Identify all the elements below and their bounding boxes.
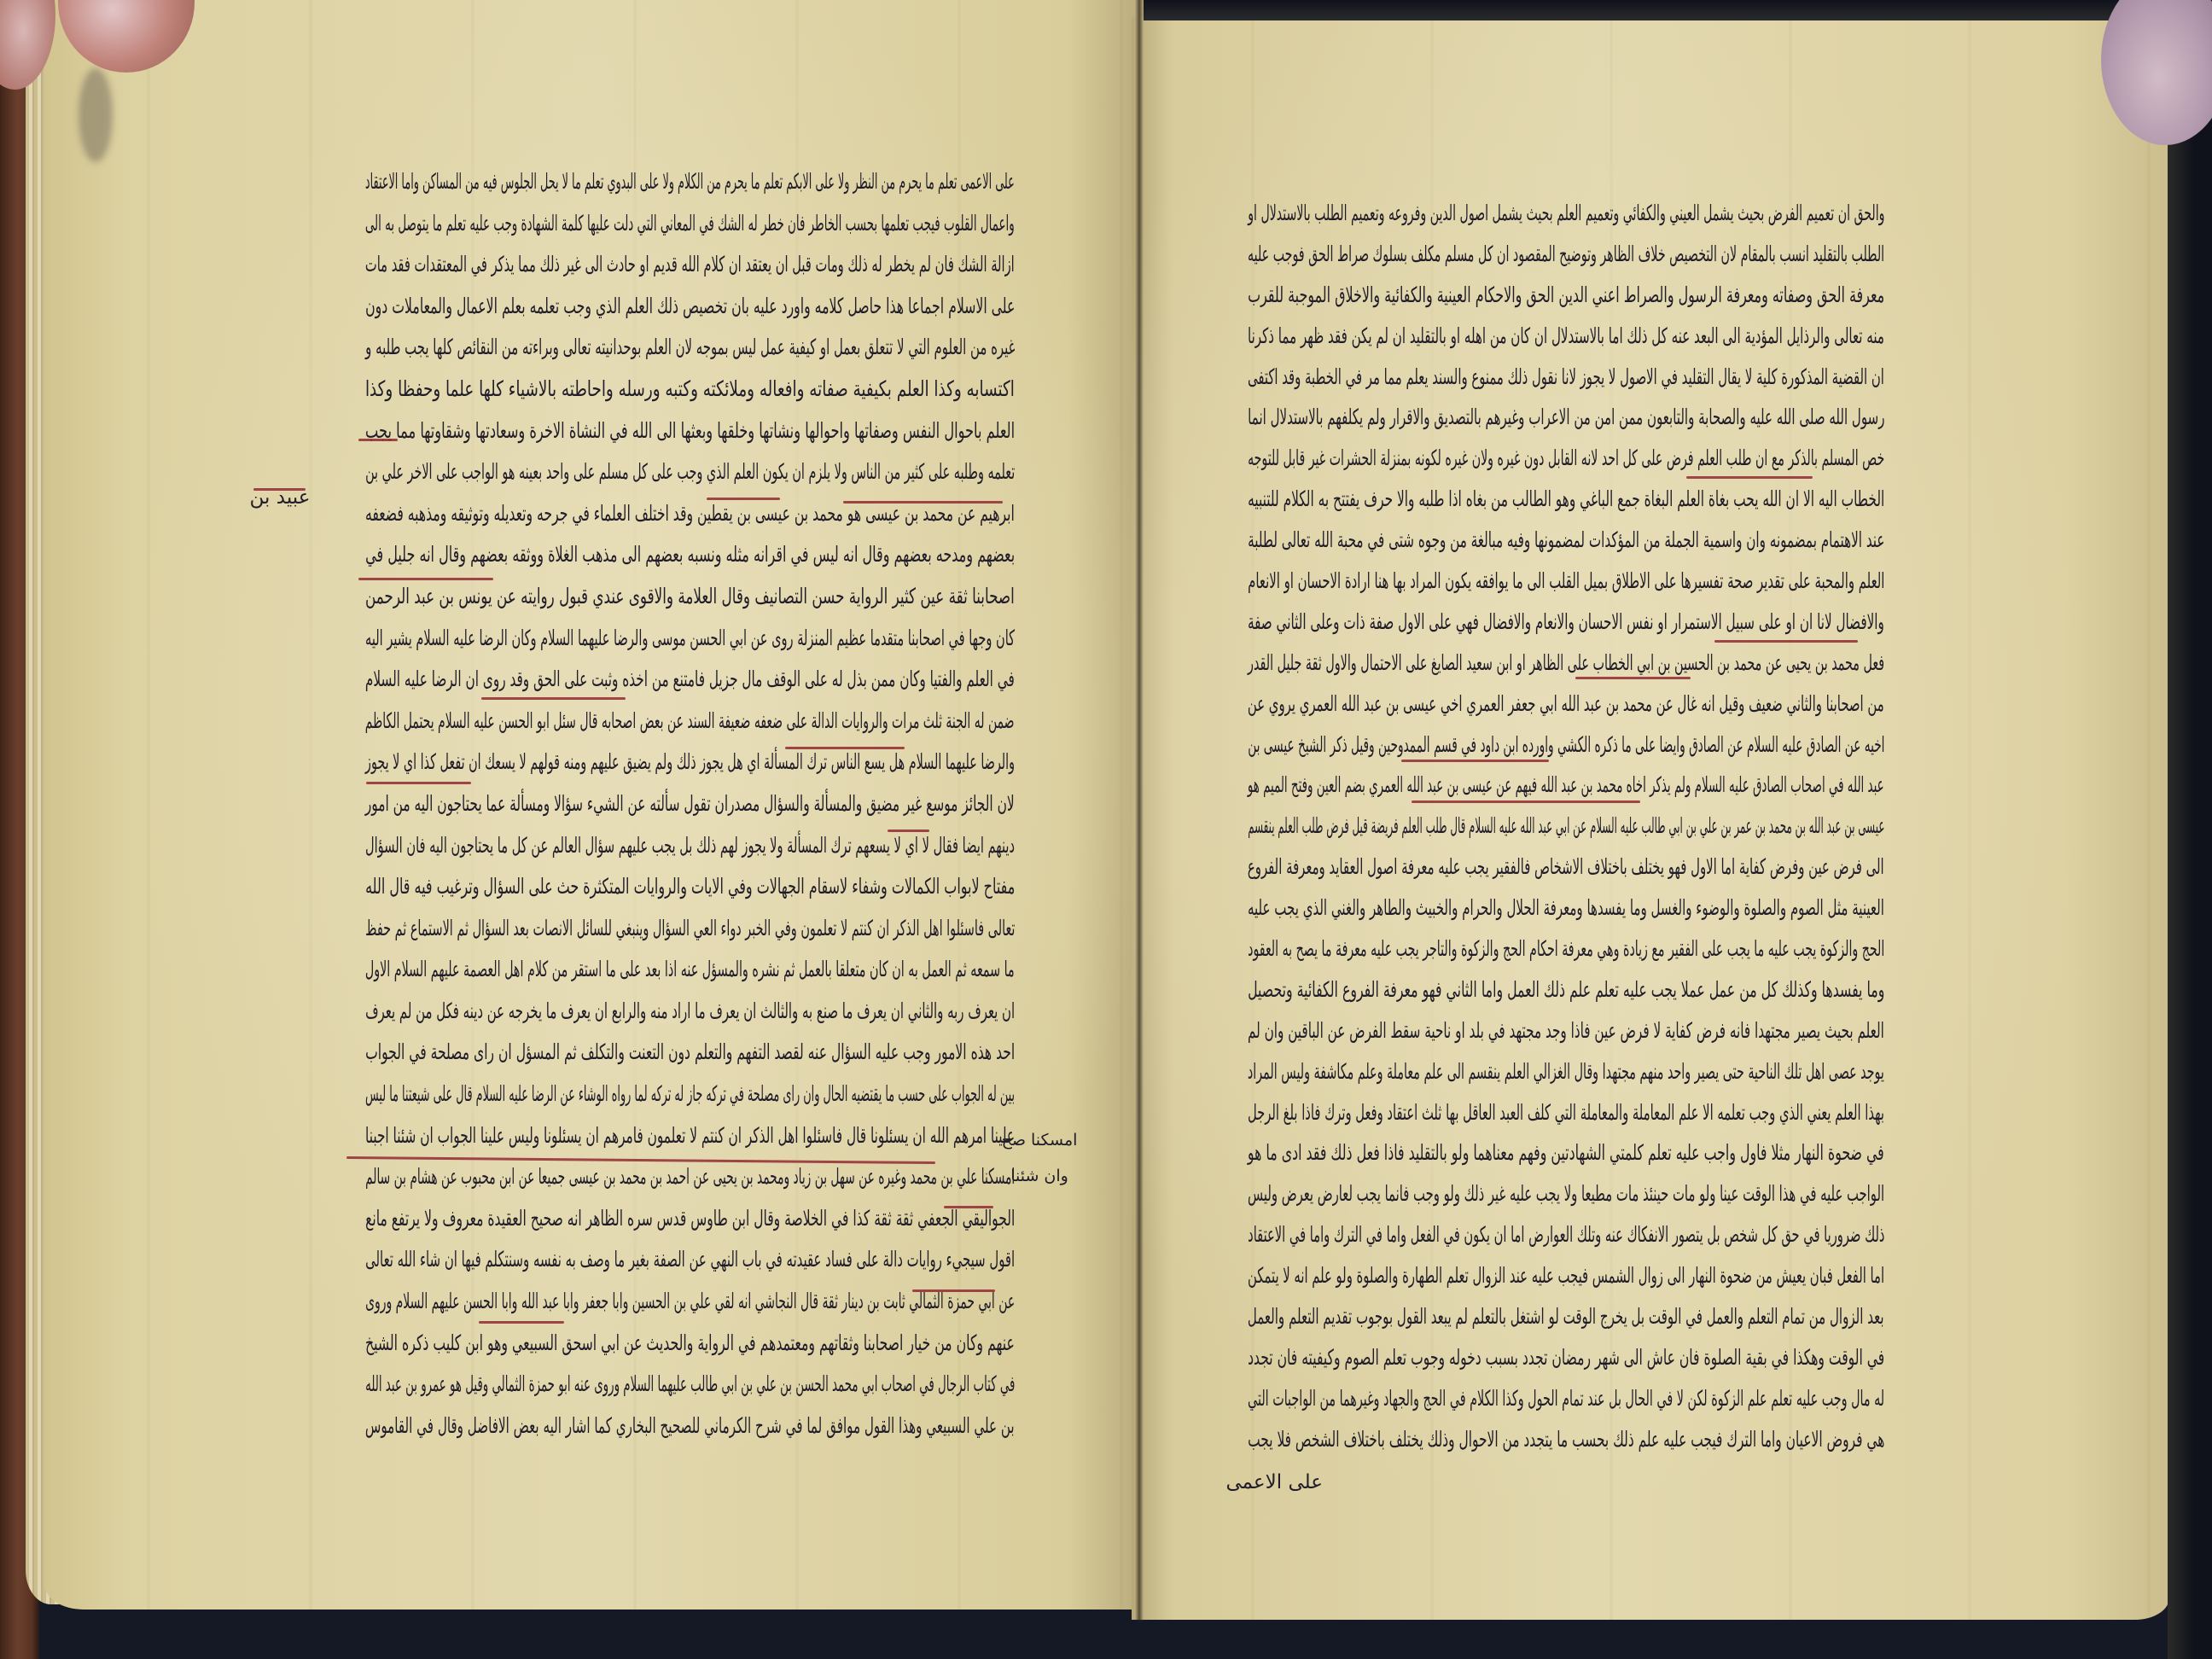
rubric-overline xyxy=(888,829,929,832)
line-text: بعد الزوال من تمام التعلم والعمل في الوق… xyxy=(1248,1296,1884,1337)
line-text: العلم والمحبة على تقدير صحة تفسيرها على … xyxy=(1248,561,1884,602)
rubric-overline xyxy=(912,1289,995,1292)
rubric-overline xyxy=(358,578,493,580)
line-text: ان القضية المذكورة كلية لا يقال التقليد … xyxy=(1248,357,1884,398)
line-text: وما يفسدها وكذلك كل من عمل عملا يجب عليه… xyxy=(1248,969,1884,1010)
text-line: في ضحوة النهار مثلا فاول واجب عليه تعلم … xyxy=(1248,1132,1884,1173)
text-line: الحج والزكوة يجب عليه ما يجب على الفقير … xyxy=(1248,928,1884,969)
text-line: ان القضية المذكورة كلية لا يقال التقليد … xyxy=(1248,357,1884,398)
line-text: الخطاب اليه الا ان الله يحب بغاة العلم ا… xyxy=(1248,479,1884,520)
text-line: له مال وجب عليه تعلم علم الزكوة لكن لا ف… xyxy=(1248,1378,1884,1419)
line-text: عيسى بن عبد الله بن محمد بن عمر بن علي ب… xyxy=(1248,806,1884,847)
text-line: العلم بحيث يصير مجتهدا فانه فرض كفاية لا… xyxy=(1248,1010,1884,1051)
right-page-text: والحق ان تعميم الفرض بحيث يشمل العيني وا… xyxy=(1248,193,1884,1460)
text-line: الى فرض عين وفرض كفاية اما الاول فهو يخت… xyxy=(1248,847,1884,888)
rubric-overline xyxy=(1412,800,1640,803)
line-text: ذلك ضروريا في حق كل شخص بل يتصور الانفكا… xyxy=(1248,1214,1884,1255)
text-line: بعد الزوال من تمام التعلم والعمل في الوق… xyxy=(1248,1296,1884,1337)
line-text: من اصحابنا والثاني ضعيف وقيل انه غال عن … xyxy=(1248,684,1884,725)
text-line: العينية مثل الصوم والصلوة والوضوء والغسل… xyxy=(1248,888,1884,928)
text-line: الطلب بالتقليد انسب بالمقام لان التخصيص … xyxy=(1248,234,1884,275)
rubric-overline xyxy=(1575,677,1691,679)
text-line: اما الفعل فبان يعيش من ضحوة النهار الى ز… xyxy=(1248,1255,1884,1296)
rubric-overline xyxy=(366,782,471,784)
line-text: اما الفعل فبان يعيش من ضحوة النهار الى ز… xyxy=(1248,1255,1884,1296)
line-text: منه تعالى والرذايل المؤدية الى البعد عنه… xyxy=(1248,316,1884,357)
line-text: العينية مثل الصوم والصلوة والوضوء والغسل… xyxy=(1248,888,1884,928)
line-text: له مال وجب عليه تعلم علم الزكوة لكن لا ف… xyxy=(1248,1378,1884,1419)
line-text: العلم بحيث يصير مجتهدا فانه فرض كفاية لا… xyxy=(1248,1010,1884,1051)
rubric-overline xyxy=(843,501,1003,504)
line-text: والافضال لانا ان او على سبيل الاستمرار ا… xyxy=(1248,602,1884,643)
text-line: ذلك ضروريا في حق كل شخص بل يتصور الانفكا… xyxy=(1248,1214,1884,1255)
line-text: خص المسلم بالذكر مع ان طلب العلم فرض على… xyxy=(1248,438,1884,479)
rubric-overline xyxy=(1401,760,1549,762)
text-line: في الوقت وهكذا في بقية الصلوة فان عاش ال… xyxy=(1248,1337,1884,1378)
background-right-edge xyxy=(2168,0,2212,1659)
rubric-overline xyxy=(707,498,780,500)
paper-stain xyxy=(79,68,113,162)
line-text: هي فروض الاعيان واما الترك فيجب عليه علم… xyxy=(1248,1419,1884,1460)
text-line: يوجد عصى اهل تلك الناحية حتى يصير واحد م… xyxy=(1248,1051,1884,1092)
line-text: الحج والزكوة يجب عليه ما يجب على الفقير … xyxy=(1248,928,1884,969)
text-line: عيسى بن عبد الله بن محمد بن عمر بن علي ب… xyxy=(1248,806,1884,847)
text-line: خص المسلم بالذكر مع ان طلب العلم فرض على… xyxy=(1248,438,1884,479)
text-line: اخيه عن الصادق عليه السلام عن الصادق واي… xyxy=(1248,725,1884,765)
line-text: والحق ان تعميم الفرض بحيث يشمل العيني وا… xyxy=(1248,193,1884,234)
text-line: منه تعالى والرذايل المؤدية الى البعد عنه… xyxy=(1248,316,1884,357)
line-text: الواجب عليه في هذا الوقت عينا ولو مات حي… xyxy=(1248,1173,1884,1214)
line-text: يوجد عصى اهل تلك الناحية حتى يصير واحد م… xyxy=(1248,1051,1884,1092)
rubric-overline xyxy=(358,439,398,441)
text-line: عند الاهتمام بمضمونه وان واسمية الجملة م… xyxy=(1248,520,1884,561)
background-top-band xyxy=(1144,0,2212,20)
rubric-overline xyxy=(479,1321,564,1324)
rubric-overline xyxy=(481,697,626,700)
text-line: رسول الله صلى الله عليه والصحابة والتابع… xyxy=(1248,397,1884,438)
line-text: في ضحوة النهار مثلا فاول واجب عليه تعلم … xyxy=(1248,1132,1884,1173)
line-text: فعل محمد بن يحيى عن محمد بن الحسين بن اب… xyxy=(1248,643,1884,684)
line-text: رسول الله صلى الله عليه والصحابة والتابع… xyxy=(1248,397,1884,438)
line-text: بهذا العلم يعني الذي وجب تعلمه الا علم ا… xyxy=(1248,1092,1884,1133)
rubric-overline xyxy=(1714,640,1858,643)
margin-note-correction-top: امسكنا صح xyxy=(997,1128,1082,1152)
text-line: والحق ان تعميم الفرض بحيث يشمل العيني وا… xyxy=(1248,193,1884,234)
text-line: معرفة الحق وصفاته ومعرفة الرسول والصراط … xyxy=(1248,275,1884,316)
rubric-overline xyxy=(944,1206,993,1208)
line-text: عند الاهتمام بمضمونه وان واسمية الجملة م… xyxy=(1248,520,1884,561)
text-line: العلم والمحبة على تقدير صحة تفسيرها على … xyxy=(1248,561,1884,602)
line-text: في الوقت وهكذا في بقية الصلوة فان عاش ال… xyxy=(1248,1337,1884,1378)
line-text: معرفة الحق وصفاته ومعرفة الرسول والصراط … xyxy=(1248,275,1884,316)
text-line: الواجب عليه في هذا الوقت عينا ولو مات حي… xyxy=(1248,1173,1884,1214)
margin-note-correction-bottom: وان شئنا xyxy=(997,1164,1082,1188)
line-text: الطلب بالتقليد انسب بالمقام لان التخصيص … xyxy=(1248,234,1884,275)
manuscript-spread-photo: على الاعمى تعلم ما يحرم من النظر ولا على… xyxy=(0,0,2212,1659)
text-line: الخطاب اليه الا ان الله يحب بغاة العلم ا… xyxy=(1248,479,1884,520)
catchword: على الاعمى xyxy=(1242,1468,1323,1497)
rubric-overline xyxy=(785,747,905,749)
line-text: الى فرض عين وفرض كفاية اما الاول فهو يخت… xyxy=(1248,847,1884,888)
text-line: هي فروض الاعيان واما الترك فيجب عليه علم… xyxy=(1248,1419,1884,1460)
text-line: والافضال لانا ان او على سبيل الاستمرار ا… xyxy=(1248,602,1884,643)
text-line: بهذا العلم يعني الذي وجب تعلمه الا علم ا… xyxy=(1248,1092,1884,1133)
margin-note-name: عبيد بن xyxy=(241,485,319,510)
text-line: من اصحابنا والثاني ضعيف وقيل انه غال عن … xyxy=(1248,684,1884,725)
rubric-overline xyxy=(1686,476,1813,479)
line-text: اخيه عن الصادق عليه السلام عن الصادق واي… xyxy=(1248,725,1884,765)
text-line: فعل محمد بن يحيى عن محمد بن الحسين بن اب… xyxy=(1248,643,1884,684)
text-line: وما يفسدها وكذلك كل من عمل عملا يجب عليه… xyxy=(1248,969,1884,1010)
